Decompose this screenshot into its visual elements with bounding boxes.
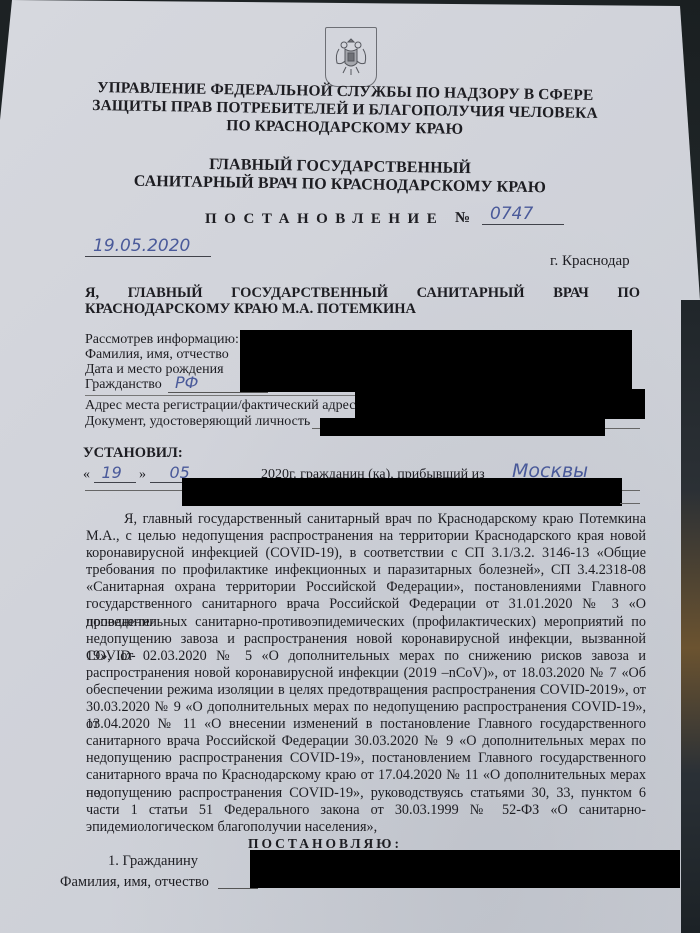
field-label-citizenship: Гражданство [85, 377, 162, 392]
body-line: требования по профилактике инфекционных … [86, 562, 646, 579]
close-quote: » [139, 467, 146, 482]
body-line: эпидемиологическом благополучии населени… [86, 819, 646, 836]
number-label: № [455, 210, 470, 227]
background-surface-right [681, 300, 700, 933]
document-number: 0747 [482, 204, 564, 225]
underline-resolution-name [218, 888, 258, 889]
redaction-block-established [182, 478, 622, 506]
body-line: коронавирусной инфекцией (COVID-19), в с… [86, 545, 646, 562]
field-label-id-document: Документ, удостоверяющий личность [85, 414, 310, 429]
double-headed-eagle-icon [331, 33, 371, 81]
body-line: недопущению завоза и распространения нов… [86, 631, 646, 648]
underline-established-2 [620, 503, 640, 504]
body-line: обеспечении режима изоляции в целях пред… [86, 682, 646, 699]
body-line: санитарного врача по Краснодарскому краю… [86, 767, 646, 784]
body-line: недопущению распространения COVID-19», п… [86, 750, 646, 767]
underline-citizenship [168, 392, 268, 393]
preamble: Я, ГЛАВНЫЙ ГОСУДАРСТВЕННЫЙ САНИТАРНЫЙ ВР… [85, 285, 640, 317]
body-paragraph: Я, главный государственный санитарный вр… [86, 511, 646, 836]
body-line: «Санитарная охрана территории Российской… [86, 579, 646, 596]
document-date: 19.05.2020 [85, 236, 211, 257]
resolution-item-1-label: 1. Гражданину [108, 853, 198, 870]
body-line: части 1 статьи 51 Федерального закона от… [86, 802, 646, 819]
coat-of-arms-emblem [325, 27, 377, 87]
field-label-full-name: Фамилия, имя, отчество [85, 347, 229, 362]
body-line: 19», от 02.03.2020 № 5 «О дополнительных… [86, 648, 646, 665]
body-line: санитарного врача Российской Федерации 3… [86, 733, 646, 750]
redaction-block-resolution [250, 850, 680, 888]
body-line: недопущению распространения COVID-19», р… [86, 785, 646, 802]
redaction-block-id-document [320, 418, 605, 436]
field-label-information: Рассмотрев информацию: [85, 332, 239, 347]
body-line: 30.03.2020 № 9 «О дополнительных мерах п… [86, 699, 646, 716]
body-line: дополнительных санитарно-противоэпидемич… [86, 614, 646, 631]
body-line: 13.04.2020 № 11 «О внесении изменений в … [86, 716, 646, 733]
body-line: государственного санитарного врача Росси… [86, 596, 646, 613]
established-heading: УСТАНОВИЛ: [83, 445, 183, 462]
field-label-birth: Дата и место рождения [85, 362, 224, 377]
preamble-line-1: Я, ГЛАВНЫЙ ГОСУДАРСТВЕННЫЙ САНИТАРНЫЙ ВР… [85, 285, 640, 301]
document-title: ПОСТАНОВЛЕНИЕ [205, 211, 444, 228]
field-label-address: Адрес места регистрации/фактический адре… [85, 398, 355, 413]
redaction-block-personal-info [240, 330, 632, 392]
redaction-block-address [355, 389, 645, 419]
field-value-citizenship: РФ [175, 373, 198, 392]
preamble-line-2: КРАСНОДАРСКОМУ КРАЮ М.А. ПОТЕМКИНА [85, 301, 640, 317]
open-quote: « [83, 467, 90, 482]
body-line: распространения новой коронавирусной инф… [86, 665, 646, 682]
body-line: М.А., с целью недопущения распространени… [86, 528, 646, 545]
resolution-item-1-name-label: Фамилия, имя, отчество [60, 874, 209, 891]
established-day: 19 [94, 463, 136, 483]
city: г. Краснодар [550, 253, 630, 270]
agency-header: УПРАВЛЕНИЕ ФЕДЕРАЛЬНОЙ СЛУЖБЫ ПО НАДЗОРУ… [25, 78, 666, 142]
body-line: Я, главный государственный санитарный вр… [86, 511, 646, 528]
